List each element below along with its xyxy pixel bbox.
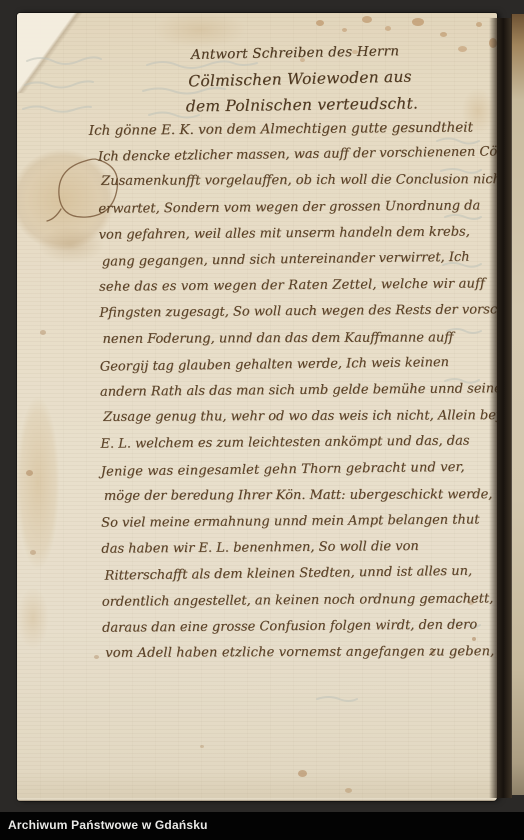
book-gutter-shadow	[489, 18, 512, 798]
manuscript-line: daraus dan eine grosse Confusion folgen …	[102, 612, 497, 642]
foxing-spot	[200, 745, 204, 748]
manuscript-line: So viel meine ermahnung unnd mein Ampt b…	[101, 507, 497, 537]
foxing-spot	[412, 18, 424, 26]
letter-heading: Antwort Schreiben des Herrn Cölmischen W…	[134, 37, 465, 121]
foxing-spot	[316, 20, 324, 26]
manuscript-line: ordentlich angestellet, an keinen noch o…	[102, 586, 497, 616]
foxing-spot	[342, 28, 347, 32]
water-stain	[17, 365, 67, 601]
page-corner-fold	[17, 13, 91, 93]
manuscript-line: gang gegangen, unnd sich untereinander v…	[102, 244, 497, 275]
manuscript-line: Georgij tag glauben gehalten werde, Ich …	[100, 349, 497, 380]
foxing-spot	[476, 22, 482, 27]
foxing-spot	[298, 770, 307, 777]
manuscript-line: Pfingsten zugesagt, So woll auch wegen d…	[99, 298, 497, 328]
foxing-spot	[26, 470, 33, 476]
facing-page-edge	[511, 14, 524, 795]
foxing-spot	[362, 16, 372, 23]
archival-scan: Antwort Schreiben des Herrn Cölmischen W…	[0, 0, 524, 840]
manuscript-page: Antwort Schreiben des Herrn Cölmischen W…	[17, 13, 497, 801]
archive-watermark: Archiwum Państwowe w Gdańsku	[8, 818, 208, 832]
manuscript-line: Jenige was eingesamlet gehn Thorn gebrac…	[101, 454, 497, 485]
foxing-spot	[94, 655, 99, 659]
manuscript-line: Zusamenkunfft vorgelauffen, ob ich woll …	[101, 168, 497, 196]
manuscript-line: nenen Foderung, unnd dan das dem Kauffma…	[102, 325, 497, 353]
foxing-spot	[30, 550, 36, 555]
manuscript-line: möge der beredung Ihrer Kön. Matt: uberg…	[104, 482, 497, 510]
manuscript-line: Ich dencke etzlicher massen, was auff de…	[98, 140, 497, 171]
foxing-spot	[40, 330, 46, 335]
manuscript-line: erwartet, Sondern vom wegen der grossen …	[98, 193, 497, 223]
water-stain	[17, 575, 55, 661]
manuscript-line: vom Adell haben etzliche vornemst angefa…	[105, 639, 497, 667]
manuscript-line: E. L. welchem es zum leichtesten ankömpt…	[100, 429, 497, 459]
manuscript-line: andern Rath als das man sich umb gelde b…	[100, 376, 497, 406]
caption-bar: Archiwum Państwowe w Gdańsku	[0, 812, 524, 840]
foxing-spot	[345, 788, 352, 793]
manuscript-line: Zusage genug thu, wehr od wo das weis ic…	[103, 403, 497, 431]
foxing-spot	[385, 26, 391, 31]
manuscript-line: sehe das es vom wegen der Raten Zettel, …	[99, 271, 497, 301]
letter-body: Ich gönne E. K. von dem Almechtigen gutt…	[98, 114, 497, 668]
foxing-spot	[440, 32, 447, 37]
